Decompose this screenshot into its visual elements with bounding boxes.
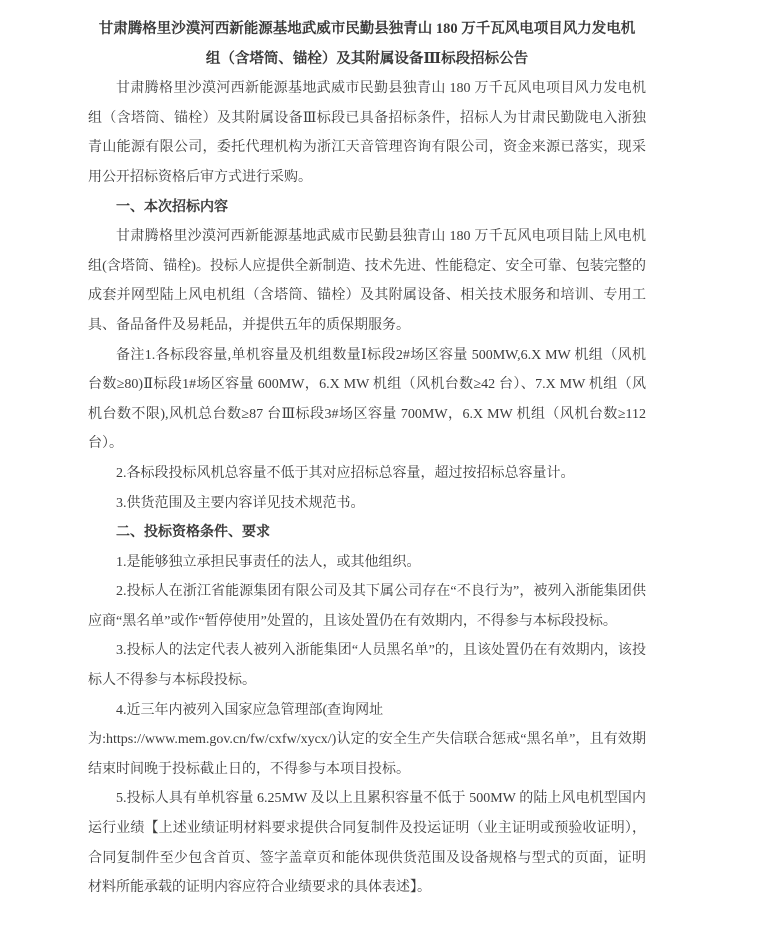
announcement-title: 甘肃腾格里沙漠河西新能源基地武威市民勤县独青山 180 万千瓦风电项目风力发电机… xyxy=(88,15,646,74)
paragraph-qualification-1: 1.是能够独立承担民事责任的法人，或其他组织。 xyxy=(88,548,646,578)
paragraph-qualification-4: 4.近三年内被列入国家应急管理部(查询网址 为:https://www.mem.… xyxy=(88,696,646,785)
intro-paragraph: 甘肃腾格里沙漠河西新能源基地武威市民勤县独青山 180 万千瓦风电项目风力发电机… xyxy=(88,74,646,192)
paragraph-tender-scope: 甘肃腾格里沙漠河西新能源基地武威市民勤县独青山 180 万千瓦风电项目陆上风电机… xyxy=(88,222,646,340)
paragraph-note-capacity: 备注1.各标段容量,单机容量及机组数量Ⅰ标段2#场区容量 500MW,6.X M… xyxy=(88,341,646,459)
document-page: 甘肃腾格里沙漠河西新能源基地武威市民勤县独青山 180 万千瓦风电项目风力发电机… xyxy=(0,0,757,934)
tender-announcement-document: 甘肃腾格里沙漠河西新能源基地武威市民勤县独青山 180 万千瓦风电项目风力发电机… xyxy=(88,0,646,903)
paragraph-qualification-3: 3.投标人的法定代表人被列入浙能集团“人员黑名单”的，且该处置仍在有效期内，该投… xyxy=(88,636,646,695)
paragraph-qualification-2: 2.投标人在浙江省能源集团有限公司及其下属公司存在“不良行为”，被列入浙能集团供… xyxy=(88,577,646,636)
paragraph-note-total-capacity: 2.各标段投标风机总容量不低于其对应招标总容量，超过按招标总容量计。 xyxy=(88,459,646,489)
heading-qualification-requirements: 二、投标资格条件、要求 xyxy=(88,518,646,548)
paragraph-note-supply-scope: 3.供货范围及主要内容详见技术规范书。 xyxy=(88,489,646,519)
paragraph-qualification-5: 5.投标人具有单机容量 6.25MW 及以上且累积容量不低于 500MW 的陆上… xyxy=(88,784,646,902)
heading-tender-content: 一、本次招标内容 xyxy=(88,193,646,223)
